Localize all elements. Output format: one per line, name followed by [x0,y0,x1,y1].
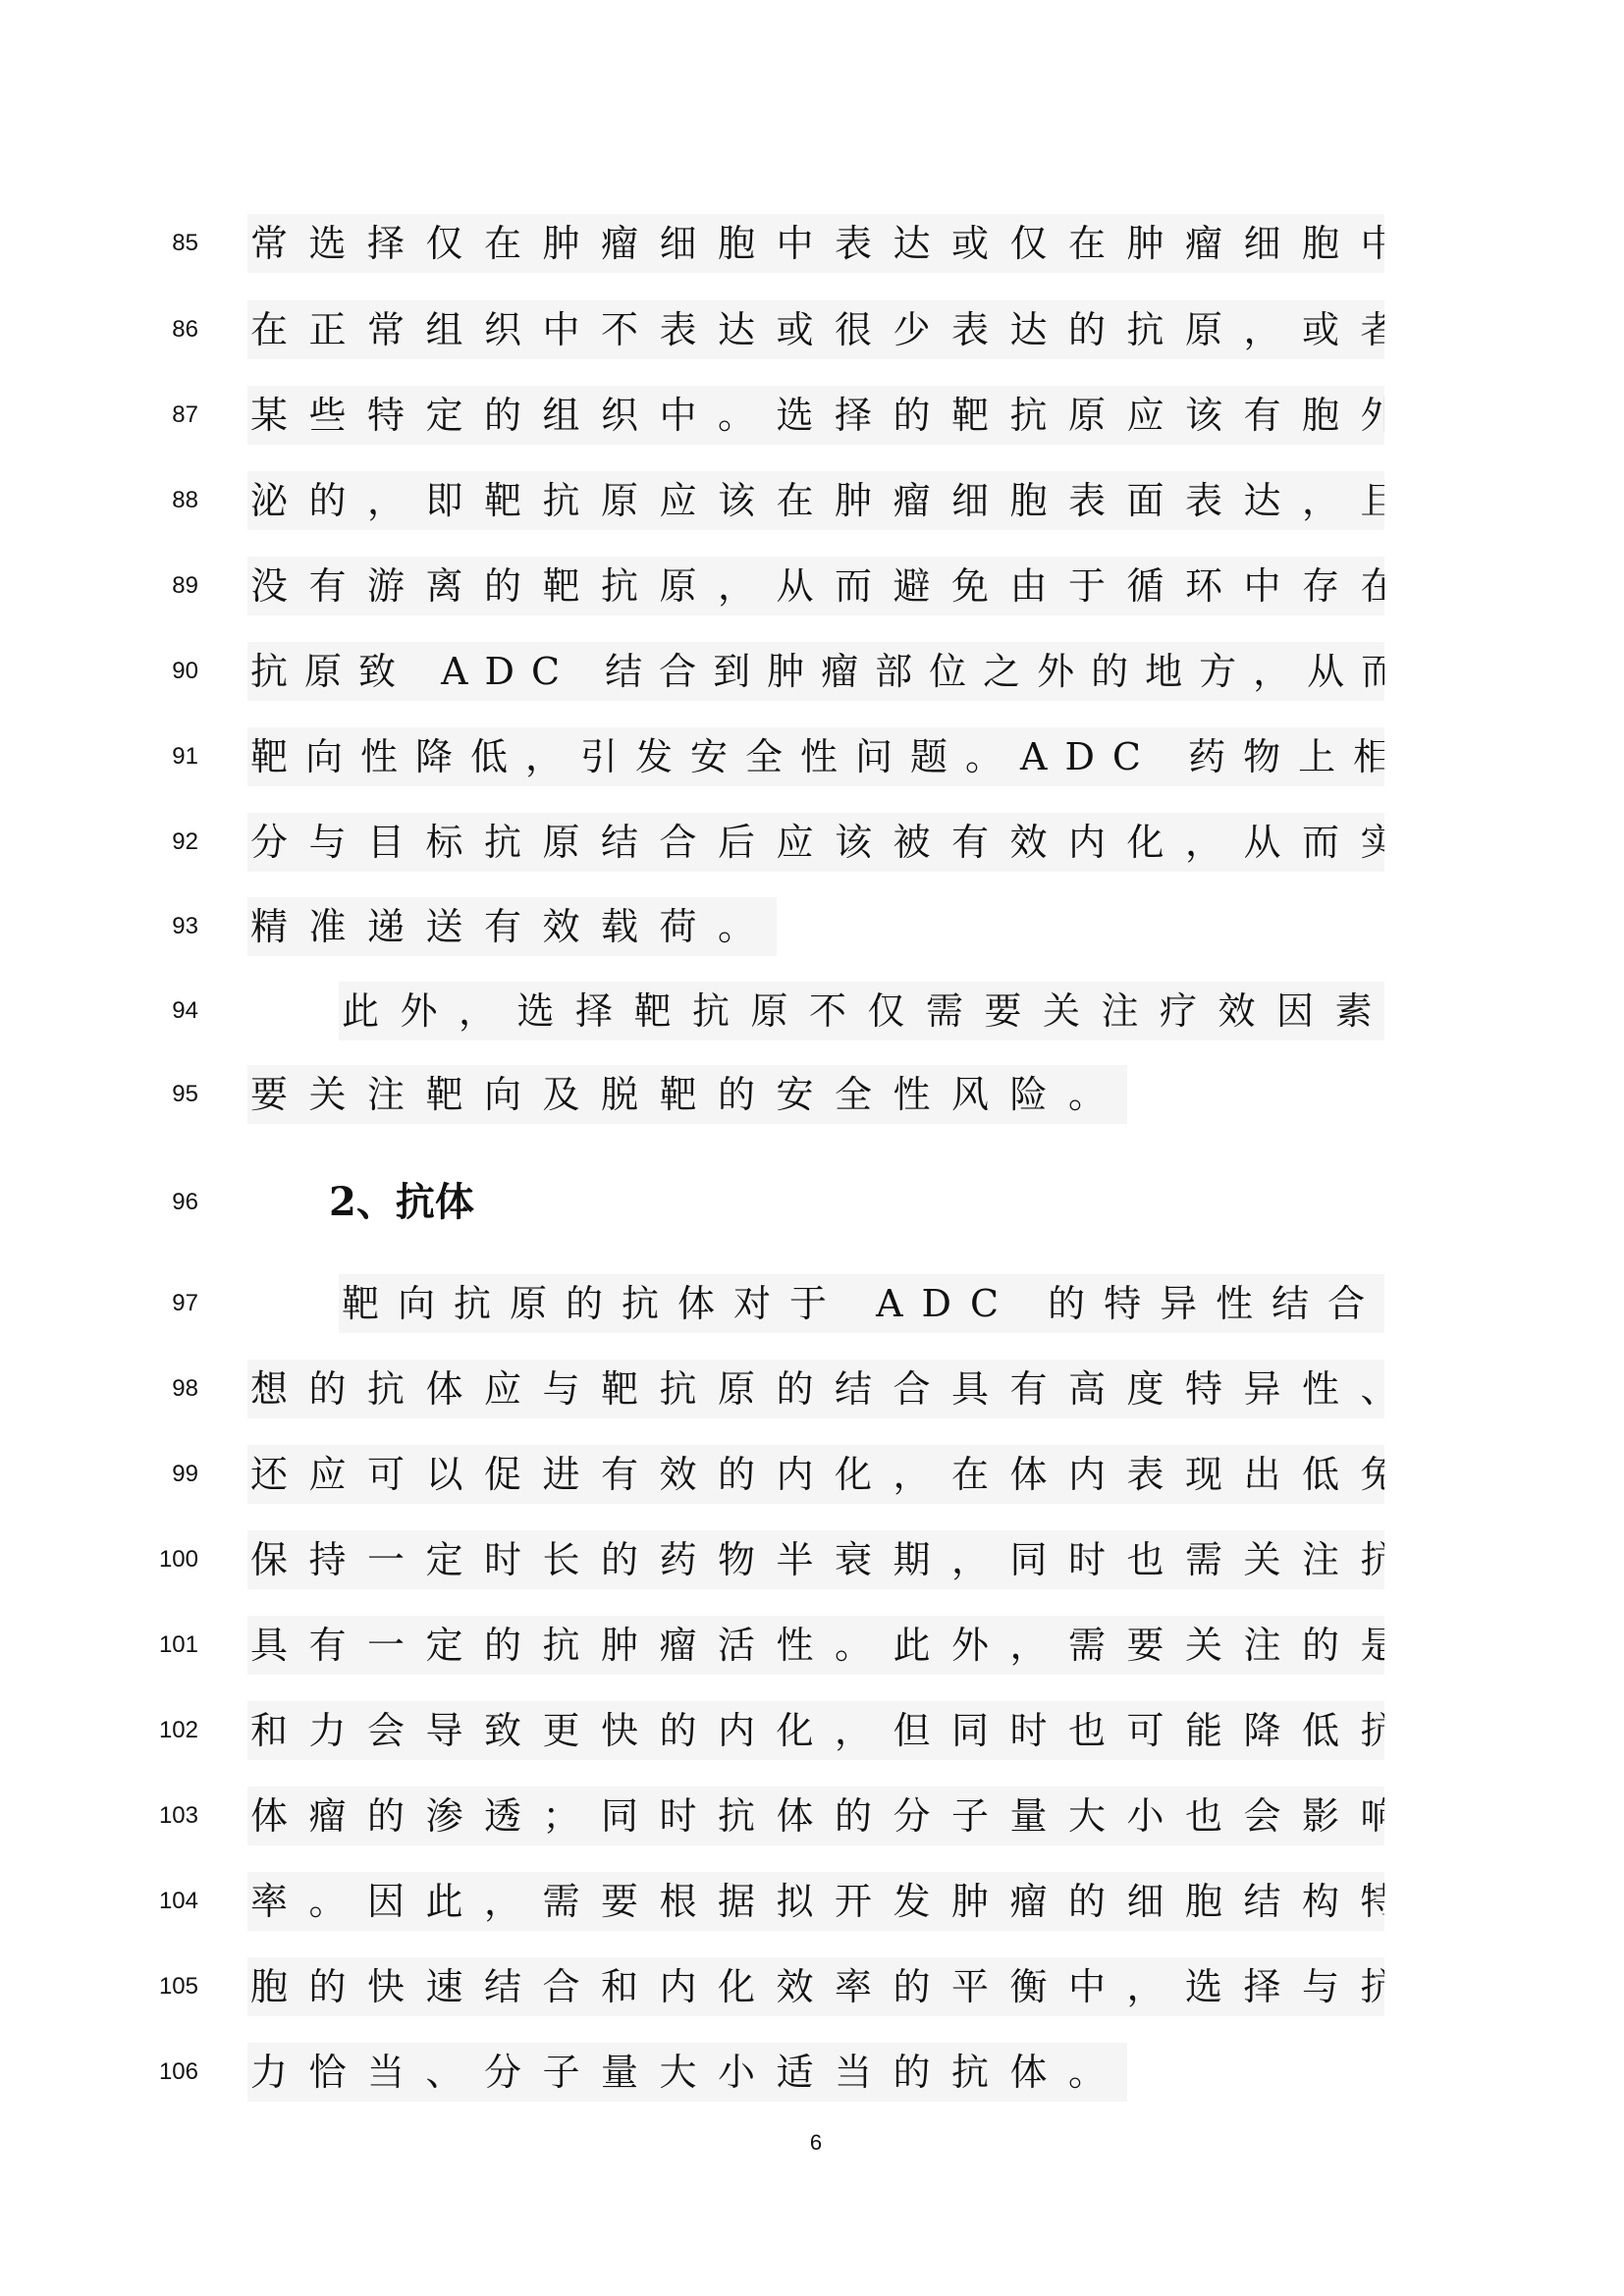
paragraph-text: 精准递送有效载荷。 [247,897,777,956]
line-number: 90 [147,642,198,701]
line-86: 86 在正常组织中不表达或很少表达的抗原，或者至少限定在 [0,300,1624,359]
line-number: 88 [147,471,198,530]
line-100: 100 保持一定时长的药物半衰期，同时也需关注抗体本身是否 [0,1530,1624,1589]
line-94: 94 此外，选择靶抗原不仅需要关注疗效因素，同时也需 [0,982,1624,1041]
line-number: 94 [147,982,198,1041]
line-number: 103 [147,1787,198,1845]
line-number: 95 [147,1065,198,1124]
line-101: 101 具有一定的抗肿瘤活性。此外，需要关注的是，较高的亲 [0,1616,1624,1675]
line-102: 102 和力会导致更快的内化，但同时也可能降低抗体对某些实 [0,1701,1624,1760]
line-number: 102 [147,1701,198,1760]
paragraph-text: 具有一定的抗肿瘤活性。此外，需要关注的是，较高的亲 [247,1616,1384,1675]
line-87: 87 某些特定的组织中。选择的靶抗原应该有胞外域且为非分 [0,386,1624,445]
line-number: 93 [147,897,198,956]
line-number: 92 [147,813,198,872]
line-89: 89 没有游离的靶抗原，从而避免由于循环中存在分泌的游离 [0,557,1624,615]
paragraph-text: 靶向抗原的抗体对于 ADC 的特异性结合至关重要。理 [339,1274,1384,1333]
line-number: 96 [147,1173,198,1232]
paragraph-text: 常选择仅在肿瘤细胞中表达或仅在肿瘤细胞中高表达，而 [247,214,1384,273]
paragraph-text: 某些特定的组织中。选择的靶抗原应该有胞外域且为非分 [247,386,1384,445]
line-88: 88 泌的，即靶抗原应该在肿瘤细胞表面表达，且在体循环中 [0,471,1624,530]
line-90: 90 抗原致 ADC 结合到肿瘤部位之外的地方，从而导致 ADC [0,642,1624,701]
section-heading: 2、抗体 [329,1173,474,1232]
line-number: 105 [147,1957,198,2016]
paragraph-text: 想的抗体应与靶抗原的结合具有高度特异性、高亲和力， [247,1360,1384,1418]
line-number: 91 [147,727,198,786]
line-number: 100 [147,1530,198,1589]
line-98: 98 想的抗体应与靶抗原的结合具有高度特异性、高亲和力， [0,1360,1624,1418]
line-92: 92 分与目标抗原结合后应该被有效内化，从而实现向细胞内 [0,813,1624,872]
line-number: 106 [147,2043,198,2102]
paragraph-text: 泌的，即靶抗原应该在肿瘤细胞表面表达，且在体循环中 [247,471,1384,530]
line-number: 89 [147,557,198,615]
paragraph-text: 体瘤的渗透；同时抗体的分子量大小也会影响肿瘤穿透效 [247,1787,1384,1845]
line-93: 93 精准递送有效载荷。 [0,897,1624,956]
line-96: 96 2、抗体 [0,1173,1624,1232]
line-103: 103 体瘤的渗透；同时抗体的分子量大小也会影响肿瘤穿透效 [0,1787,1624,1845]
paragraph-text: 要关注靶向及脱靶的安全性风险。 [247,1065,1127,1124]
paragraph-text: 此外，选择靶抗原不仅需要关注疗效因素，同时也需 [339,982,1384,1041]
paragraph-text: 力恰当、分子量大小适当的抗体。 [247,2043,1127,2102]
line-number: 86 [147,300,198,359]
paragraph-text: 抗原致 ADC 结合到肿瘤部位之外的地方，从而导致 ADC [247,642,1384,701]
paragraph-text: 靶向性降低，引发安全性问题。ADC 药物上相应的抗体部 [247,727,1384,786]
line-99: 99 还应可以促进有效的内化，在体内表现出低免疫原性并且 [0,1445,1624,1504]
line-104: 104 率。因此，需要根据拟开发肿瘤的细胞结构特点，在靶细 [0,1872,1624,1931]
line-85: 85 常选择仅在肿瘤细胞中表达或仅在肿瘤细胞中高表达，而 [0,214,1624,273]
page-number: 6 [0,2130,1624,2156]
line-number: 99 [147,1445,198,1504]
line-97: 97 靶向抗原的抗体对于 ADC 的特异性结合至关重要。理 [0,1274,1624,1333]
line-106: 106 力恰当、分子量大小适当的抗体。 [0,2043,1624,2102]
paragraph-text: 和力会导致更快的内化，但同时也可能降低抗体对某些实 [247,1701,1384,1760]
line-number: 104 [147,1872,198,1931]
paragraph-text: 胞的快速结合和内化效率的平衡中，选择与抗原表位亲和 [247,1957,1384,2016]
line-number: 98 [147,1360,198,1418]
paragraph-text: 率。因此，需要根据拟开发肿瘤的细胞结构特点，在靶细 [247,1872,1384,1931]
paragraph-text: 在正常组织中不表达或很少表达的抗原，或者至少限定在 [247,300,1384,359]
line-number: 97 [147,1274,198,1333]
line-number: 101 [147,1616,198,1675]
paragraph-text: 还应可以促进有效的内化，在体内表现出低免疫原性并且 [247,1445,1384,1504]
line-95: 95 要关注靶向及脱靶的安全性风险。 [0,1065,1624,1124]
line-91: 91 靶向性降低，引发安全性问题。ADC 药物上相应的抗体部 [0,727,1624,786]
paragraph-text: 没有游离的靶抗原，从而避免由于循环中存在分泌的游离 [247,557,1384,615]
line-number: 85 [147,214,198,273]
paragraph-text: 保持一定时长的药物半衰期，同时也需关注抗体本身是否 [247,1530,1384,1589]
line-105: 105 胞的快速结合和内化效率的平衡中，选择与抗原表位亲和 [0,1957,1624,2016]
paragraph-text: 分与目标抗原结合后应该被有效内化，从而实现向细胞内 [247,813,1384,872]
line-number: 87 [147,386,198,445]
